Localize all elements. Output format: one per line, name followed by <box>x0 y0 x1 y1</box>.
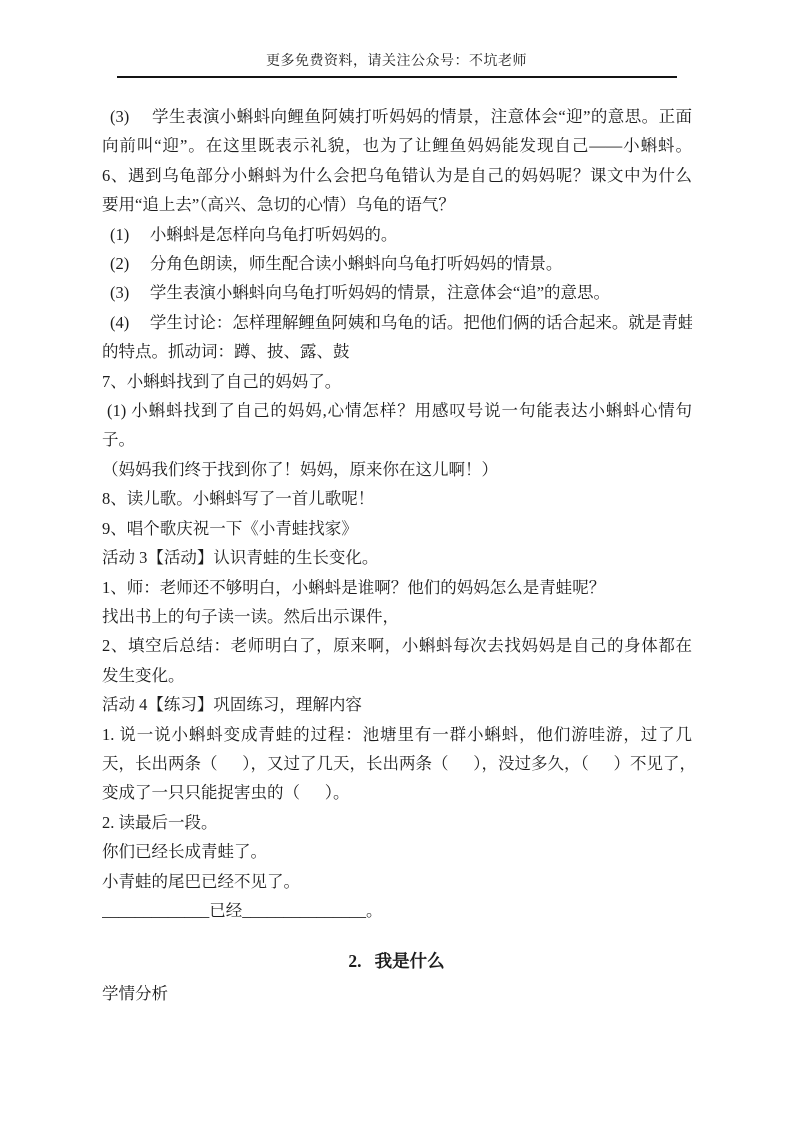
text-line: 子。 <box>102 425 692 454</box>
text-line: 活动 4【练习】巩固练习，理解内容 <box>102 690 692 719</box>
text-line: (3) 学生表演小蝌蚪向乌龟打听妈妈的情景，注意体会“追”的意思。 <box>102 278 692 307</box>
text-line: 向前叫“迎”。在这里既表示礼貌，也为了让鲤鱼妈妈能发现自己——小蝌蚪。 <box>102 131 692 160</box>
text-line: 要用“追上去”（高兴、急切的心情）乌龟的语气？ <box>102 190 692 219</box>
text-line: 找出书上的句子读一读。然后出示课件， <box>102 602 692 631</box>
document-body: (3) 学生表演小蝌蚪向鲤鱼阿姨打听妈妈的情景，注意体会“迎”的意思。正面向前叫… <box>0 102 793 925</box>
text-line: 的特点。抓动词：蹲、披、露、鼓 <box>102 337 692 366</box>
text-line: （妈妈我们终于找到你了！妈妈，原来你在这儿啊！） <box>102 455 692 484</box>
text-line: 2. 读最后一段。 <box>102 808 692 837</box>
text-line: 1. 说一说小蝌蚪变成青蛙的过程：池塘里有一群小蝌蚪，他们游哇游，过了几 <box>102 720 692 749</box>
text-line: 6、遇到乌龟部分小蝌蚪为什么会把乌龟错认为是自己的妈妈呢？课文中为什么 <box>102 161 692 190</box>
header-rule <box>117 76 677 78</box>
text-line: 7、小蝌蚪找到了自己的妈妈了。 <box>102 367 692 396</box>
text-line: 天，长出两条（ ），又过了几天，长出两条（ ），没过多久，（ ）不见了， <box>102 749 692 778</box>
header-promo-text: 更多免费资料，请关注公众号：不坑老师 <box>0 52 793 72</box>
text-line: 你们已经长成青蛙了。 <box>102 837 692 866</box>
text-line: (1) 小蝌蚪找到了自己的妈妈,心情怎样？用感叹号说一句能表达小蝌蚪心情句 <box>102 396 692 425</box>
text-line: (1) 小蝌蚪是怎样向乌龟打听妈妈的。 <box>102 220 692 249</box>
text-line: _____________已经_______________。 <box>102 896 692 925</box>
text-line: 8、读儿歌。小蝌蚪写了一首儿歌呢！ <box>102 484 692 513</box>
text-line: 变成了一只只能捉害虫的（ ）。 <box>102 778 692 807</box>
text-line: 小青蛙的尾巴已经不见了。 <box>102 867 692 896</box>
text-line: (2) 分角色朗读，师生配合读小蝌蚪向乌龟打听妈妈的情景。 <box>102 249 692 278</box>
text-line: 9、唱个歌庆祝一下《小青蛙找家》 <box>102 514 692 543</box>
text-line: 活动 3【活动】认识青蛙的生长变化。 <box>102 543 692 572</box>
text-line: (4) 学生讨论：怎样理解鲤鱼阿姨和乌龟的话。把他们俩的话合起来。就是青蛙 <box>102 308 692 337</box>
document-page: 更多免费资料，请关注公众号：不坑老师 (3) 学生表演小蝌蚪向鲤鱼阿姨打听妈妈的… <box>0 0 793 1122</box>
text-line: 2、填空后总结：老师明白了，原来啊，小蝌蚪每次去找妈妈是自己的身体都在 <box>102 631 692 660</box>
section-heading: 2. 我是什么 <box>0 946 793 976</box>
subheading-learning-analysis: 学情分析 <box>0 979 793 1008</box>
text-line: 1、师：老师还不够明白，小蝌蚪是谁啊？他们的妈妈怎么是青蛙呢？ <box>102 573 692 602</box>
text-line: 发生变化。 <box>102 661 692 690</box>
text-line: (3) 学生表演小蝌蚪向鲤鱼阿姨打听妈妈的情景，注意体会“迎”的意思。正面 <box>102 102 692 131</box>
